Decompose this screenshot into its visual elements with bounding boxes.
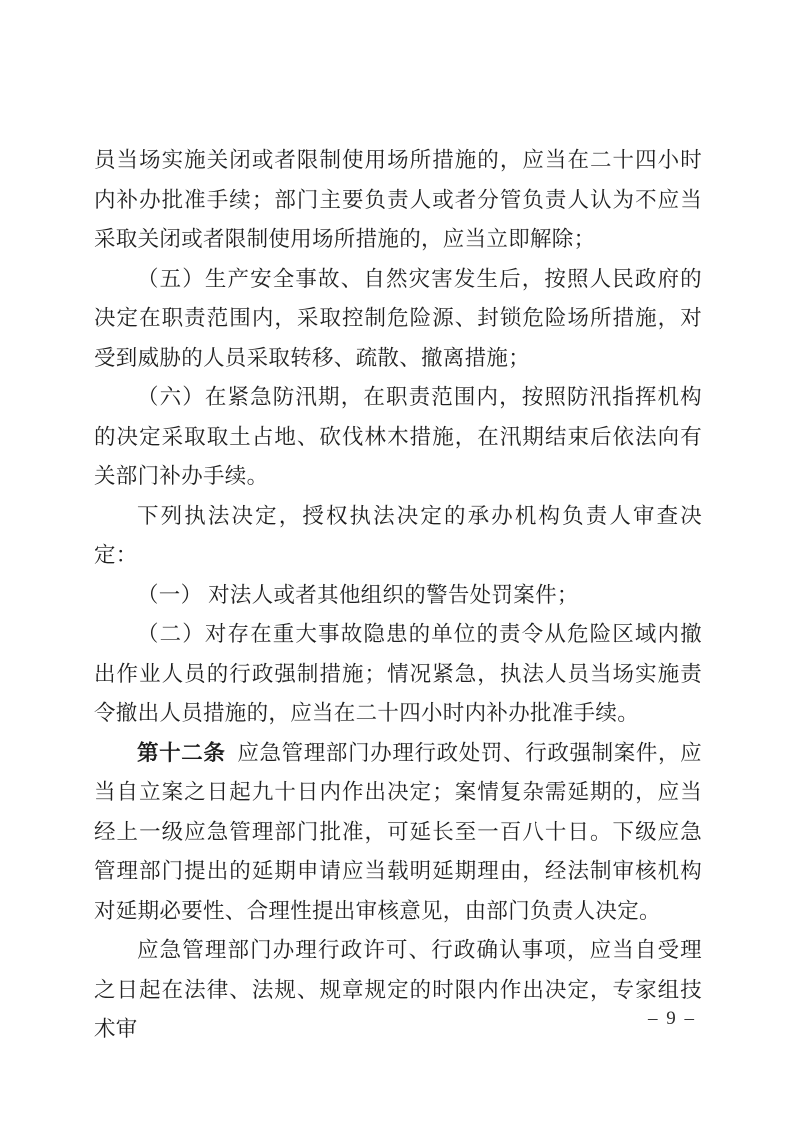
paragraph-text: （一） 对法人或者其他组织的警告处罚案件； — [137, 583, 579, 607]
paragraph: （一） 对法人或者其他组织的警告处罚案件； — [94, 576, 702, 616]
paragraph: 第十二条应急管理部门办理行政处罚、行政强制案件，应当自立案之日起九十日内作出决定… — [94, 734, 702, 932]
document-page: 员当场实施关闭或者限制使用场所措施的，应当在二十四小时内补办批准手续；部门主要负… — [0, 0, 793, 1122]
paragraph-text: （五）生产安全事故、自然灾害发生后，按照人民政府的决定在职责范围内，采取控制危险… — [94, 267, 702, 370]
document-body: 员当场实施关闭或者限制使用场所措施的，应当在二十四小时内补办批准手续；部门主要负… — [94, 141, 702, 1050]
paragraph-text: 下列执法决定，授权执法决定的承办机构负责人审查决定： — [94, 504, 702, 568]
paragraph: （五）生产安全事故、自然灾害发生后，按照人民政府的决定在职责范围内，采取控制危险… — [94, 260, 702, 379]
article-number: 第十二条 — [137, 741, 226, 765]
paragraph: 应急管理部门办理行政许可、行政确认事项，应当自受理之日起在法律、法规、规章规定的… — [94, 931, 702, 1050]
paragraph-text: 应急管理部门办理行政处罚、行政强制案件，应当自立案之日起九十日内作出决定；案情复… — [94, 741, 702, 923]
paragraph-text: （六）在紧急防汛期，在职责范围内，按照防汛指挥机构的决定采取取土占地、砍伐林木措… — [94, 385, 702, 488]
paragraph-text: （二）对存在重大事故隐患的单位的责令从危险区域内撤出作业人员的行政强制措施；情况… — [94, 622, 702, 725]
paragraph: 员当场实施关闭或者限制使用场所措施的，应当在二十四小时内补办批准手续；部门主要负… — [94, 141, 702, 260]
paragraph: 下列执法决定，授权执法决定的承办机构负责人审查决定： — [94, 497, 702, 576]
page-number: – 9 – — [94, 1008, 702, 1030]
paragraph: （二）对存在重大事故隐患的单位的责令从危险区域内撤出作业人员的行政强制措施；情况… — [94, 615, 702, 734]
paragraph: （六）在紧急防汛期，在职责范围内，按照防汛指挥机构的决定采取取土占地、砍伐林木措… — [94, 378, 702, 497]
paragraph-text: 员当场实施关闭或者限制使用场所措施的，应当在二十四小时内补办批准手续；部门主要负… — [94, 148, 702, 251]
